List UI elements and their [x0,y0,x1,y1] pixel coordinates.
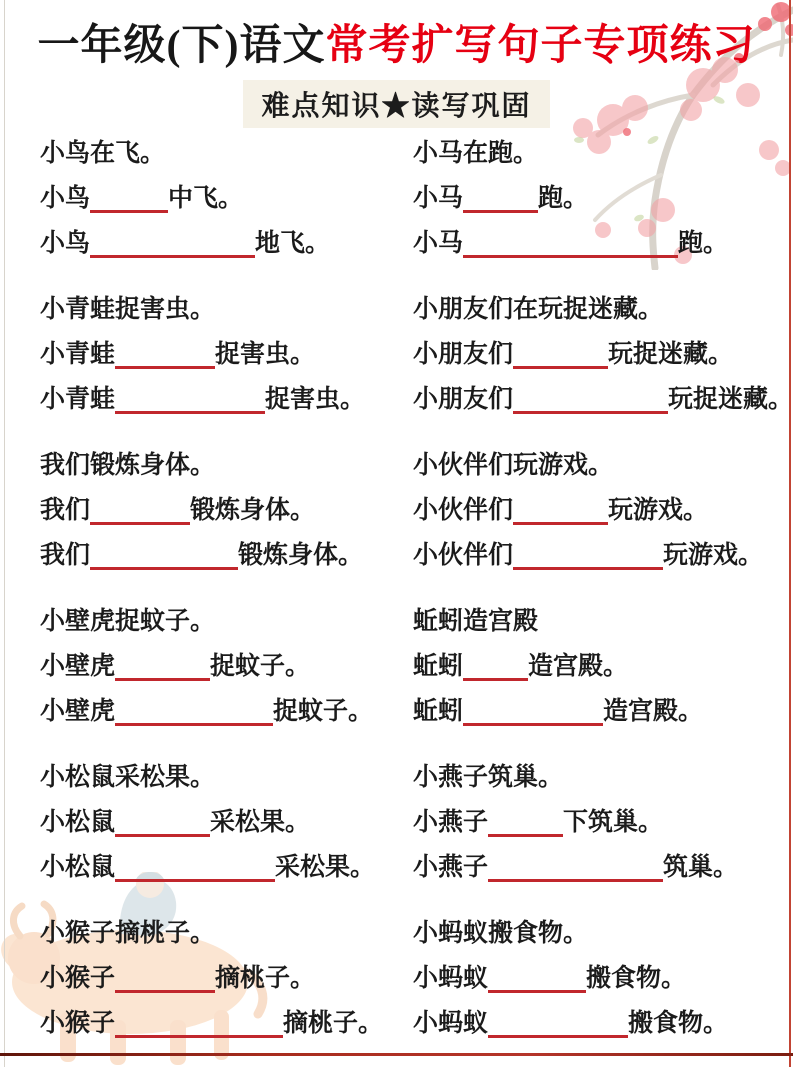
sentence-text: 小鸟 [40,185,90,212]
sentence-text: 小朋友们 [413,386,513,413]
sentence-text: 我们 [40,497,90,524]
sentence-text: 玩游戏。 [608,497,708,524]
exercise-block-5-left: 小松鼠采松果。小松鼠采松果。小松鼠采松果。 [40,755,413,890]
exercise-line: 小朋友们玩捉迷藏。 [413,377,793,422]
exercise-line: 小青蛙捉害虫。 [40,377,413,422]
exercise-line: 小猴子摘桃子。 [40,1001,413,1046]
answer-blank [115,1009,283,1038]
exercise-grid: 小鸟在飞。小鸟中飞。小鸟地飞。小马在跑。小马跑。小马跑。小青蛙捉害虫。小青蛙捉害… [40,131,787,1046]
sentence-text: 玩捉迷藏。 [608,341,733,368]
exercise-line: 小壁虎捉蚊子。 [40,644,413,689]
answer-blank [488,964,586,993]
answer-blank [115,385,265,414]
sentence-text: 跑。 [678,230,728,257]
sentence-text: 小松鼠 [40,809,115,836]
sentence-text: 小青蛙捉害虫。 [40,296,215,323]
sentence-text: 我们 [40,542,90,569]
answer-blank [115,853,275,882]
sentence-text: 捉害虫。 [215,341,315,368]
exercise-line: 我们锻炼身体。 [40,488,413,533]
sentence-text: 小燕子 [413,854,488,881]
sentence-text: 跑。 [538,185,588,212]
exercise-line: 小伙伴们玩游戏。 [413,533,793,578]
sentence-text: 搬食物。 [628,1010,728,1037]
sentence-text: 造宫殿。 [528,653,628,680]
exercise-line: 小伙伴们玩游戏。 [413,443,793,488]
sentence-text: 小朋友们在玩捉迷藏。 [413,296,663,323]
sentence-text: 小伙伴们玩游戏。 [413,452,613,479]
sentence-text: 捉蚊子。 [273,698,373,725]
sentence-text: 小马 [413,185,463,212]
sentence-text: 玩游戏。 [663,542,763,569]
exercise-line: 小青蛙捉害虫。 [40,287,413,332]
bottom-border-line [0,1053,793,1056]
exercise-line: 小马跑。 [413,221,793,266]
page-title: 一年级(下)语文常考扩写句子专项练习 [0,12,793,72]
exercise-line: 小燕子筑巢。 [413,755,793,800]
answer-blank [513,496,608,525]
sentence-text: 小伙伴们 [413,497,513,524]
exercise-line: 小鸟地飞。 [40,221,413,266]
exercise-line: 小壁虎捉蚊子。 [40,689,413,734]
sentence-text: 小蚂蚁 [413,1010,488,1037]
answer-blank [513,385,668,414]
sentence-text: 搬食物。 [586,965,686,992]
sentence-text: 地飞。 [255,230,330,257]
exercise-block-1-right: 小马在跑。小马跑。小马跑。 [413,131,793,266]
answer-blank [115,808,210,837]
exercise-line: 蚯蚓造宫殿 [413,599,793,644]
sentence-text: 蚯蚓 [413,698,463,725]
sentence-text: 小马 [413,230,463,257]
exercise-line: 小松鼠采松果。 [40,845,413,890]
exercise-line: 我们锻炼身体。 [40,443,413,488]
exercise-line: 小青蛙捉害虫。 [40,332,413,377]
title-topic-part: 常考扩写句子专项练习 [325,23,755,69]
exercise-block-3-left: 我们锻炼身体。我们锻炼身体。我们锻炼身体。 [40,443,413,578]
answer-blank [90,496,190,525]
exercise-line: 小燕子筑巢。 [413,845,793,890]
exercise-block-4-left: 小壁虎捉蚊子。小壁虎捉蚊子。小壁虎捉蚊子。 [40,599,413,734]
exercise-line: 小猴子摘桃子。 [40,956,413,1001]
answer-blank [115,964,215,993]
sentence-text: 捉害虫。 [265,386,365,413]
answer-blank [90,229,255,258]
sentence-text: 蚯蚓 [413,653,463,680]
sentence-text: 小猴子 [40,1010,115,1037]
sentence-text: 造宫殿。 [603,698,703,725]
sentence-text: 小松鼠 [40,854,115,881]
sentence-text: 小猴子 [40,965,115,992]
sentence-text: 小猴子摘桃子。 [40,920,215,947]
exercise-line: 蚯蚓造宫殿。 [413,689,793,734]
sentence-text: 小燕子 [413,809,488,836]
sentence-text: 小马在跑。 [413,140,538,167]
answer-blank [115,652,210,681]
sentence-text: 筑巢。 [663,854,738,881]
answer-blank [115,340,215,369]
exercise-block-6-right: 小蚂蚁搬食物。小蚂蚁搬食物。小蚂蚁搬食物。 [413,911,793,1046]
exercise-line: 小朋友们在玩捉迷藏。 [413,287,793,332]
sentence-text: 小鸟在飞。 [40,140,165,167]
worksheet-page: 一年级(下)语文常考扩写句子专项练习 难点知识★读写巩固 小鸟在飞。小鸟中飞。小… [0,0,793,1067]
sentence-text: 下筑巢。 [563,809,663,836]
exercise-block-4-right: 蚯蚓造宫殿蚯蚓造宫殿。蚯蚓造宫殿。 [413,599,793,734]
subtitle-row: 难点知识★读写巩固 [0,80,793,128]
exercise-block-6-left: 小猴子摘桃子。小猴子摘桃子。小猴子摘桃子。 [40,911,413,1046]
sentence-text: 小壁虎 [40,698,115,725]
sentence-text: 小蚂蚁 [413,965,488,992]
answer-blank [463,184,538,213]
sentence-text: 小鸟 [40,230,90,257]
answer-blank [488,808,563,837]
answer-blank [513,541,663,570]
exercise-line: 蚯蚓造宫殿。 [413,644,793,689]
answer-blank [90,184,168,213]
exercise-line: 小蚂蚁搬食物。 [413,956,793,1001]
sentence-text: 小朋友们 [413,341,513,368]
sentence-text: 小燕子筑巢。 [413,764,563,791]
exercise-line: 小松鼠采松果。 [40,800,413,845]
exercise-line: 小马跑。 [413,176,793,221]
sentence-text: 采松果。 [275,854,375,881]
sentence-text: 小壁虎 [40,653,115,680]
exercise-line: 小松鼠采松果。 [40,755,413,800]
sentence-text: 小壁虎捉蚊子。 [40,608,215,635]
exercise-line: 小马在跑。 [413,131,793,176]
exercise-line: 小燕子下筑巢。 [413,800,793,845]
exercise-block-3-right: 小伙伴们玩游戏。小伙伴们玩游戏。小伙伴们玩游戏。 [413,443,793,578]
sentence-text: 玩捉迷藏。 [668,386,793,413]
sentence-text: 我们锻炼身体。 [40,452,215,479]
answer-blank [513,340,608,369]
answer-blank [115,697,273,726]
sentence-text: 摘桃子。 [215,965,315,992]
answer-blank [463,697,603,726]
answer-blank [488,1009,628,1038]
sentence-text: 小青蛙 [40,341,115,368]
left-page-edge [4,0,5,1067]
sentence-text: 锻炼身体。 [190,497,315,524]
sentence-text: 蚯蚓造宫殿 [413,608,538,635]
exercise-line: 小壁虎捉蚊子。 [40,599,413,644]
sentence-text: 锻炼身体。 [238,542,363,569]
subtitle-badge: 难点知识★读写巩固 [243,80,549,128]
exercise-line: 小猴子摘桃子。 [40,911,413,956]
title-grade-part: 一年级(下)语文 [38,23,326,69]
exercise-line: 小朋友们玩捉迷藏。 [413,332,793,377]
right-border-line [789,0,791,1067]
exercise-line: 小伙伴们玩游戏。 [413,488,793,533]
sentence-text: 小松鼠采松果。 [40,764,215,791]
exercise-block-2-right: 小朋友们在玩捉迷藏。小朋友们玩捉迷藏。小朋友们玩捉迷藏。 [413,287,793,422]
exercise-line: 小鸟在飞。 [40,131,413,176]
sentence-text: 小青蛙 [40,386,115,413]
sentence-text: 小蚂蚁搬食物。 [413,920,588,947]
sentence-text: 摘桃子。 [283,1010,383,1037]
answer-blank [488,853,663,882]
exercise-line: 我们锻炼身体。 [40,533,413,578]
exercise-line: 小鸟中飞。 [40,176,413,221]
answer-blank [463,652,528,681]
answer-blank [90,541,238,570]
sentence-text: 小伙伴们 [413,542,513,569]
sentence-text: 采松果。 [210,809,310,836]
exercise-block-2-left: 小青蛙捉害虫。小青蛙捉害虫。小青蛙捉害虫。 [40,287,413,422]
answer-blank [463,229,678,258]
sentence-text: 中飞。 [168,185,243,212]
exercise-block-1-left: 小鸟在飞。小鸟中飞。小鸟地飞。 [40,131,413,266]
sentence-text: 捉蚊子。 [210,653,310,680]
exercise-block-5-right: 小燕子筑巢。小燕子下筑巢。小燕子筑巢。 [413,755,793,890]
exercise-line: 小蚂蚁搬食物。 [413,911,793,956]
exercise-line: 小蚂蚁搬食物。 [413,1001,793,1046]
